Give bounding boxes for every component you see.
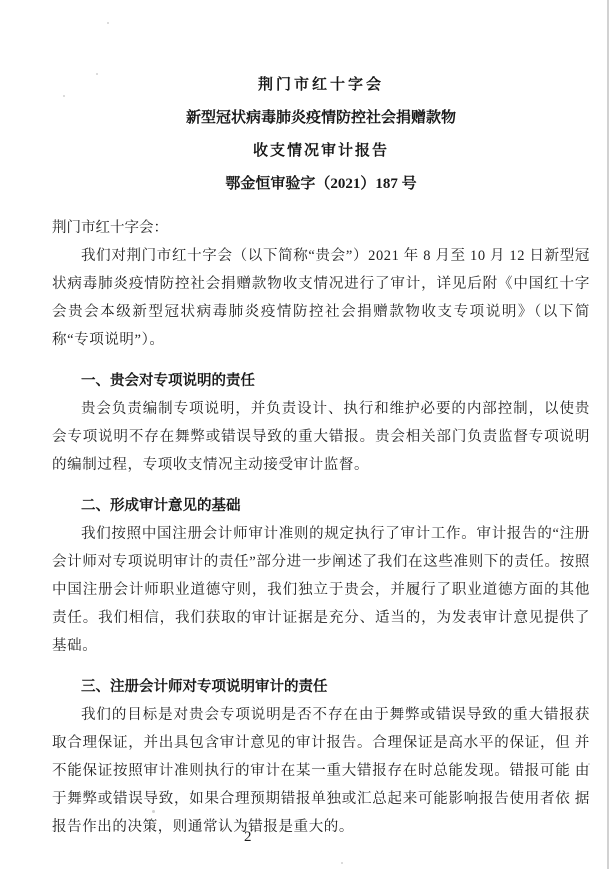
section-auditor-responsibility: 三、注册会计师对专项说明审计的责任 我们的目标是对贵会专项说明是否不存在由于舞弊… [52, 673, 590, 841]
document-page: 荆门市红十字会 新型冠状病毒肺炎疫情防控社会捐赠款物 收支情况审计报告 鄂金恒审… [0, 0, 613, 869]
intro-paragraph: 我们对荆门市红十字会（以下简称“贵会”）2021 年 8 月至 10 月 12 … [52, 242, 590, 354]
section-1-body: 贵会负责编制专项说明，并负责设计、执行和维护必要的内部控制，以使贵会专项说明不存… [52, 395, 590, 479]
report-subject-title: 新型冠状病毒肺炎疫情防控社会捐赠款物 [52, 102, 590, 135]
scan-speck [63, 95, 65, 97]
report-header: 荆门市红十字会 新型冠状病毒肺炎疫情防控社会捐赠款物 收支情况审计报告 鄂金恒审… [52, 69, 590, 201]
org-name-title: 荆门市红十字会 [52, 69, 590, 102]
section-responsibility-of-council: 一、贵会对专项说明的责任 贵会负责编制专项说明，并负责设计、执行和维护必要的内部… [52, 367, 590, 479]
scan-speck [107, 22, 109, 24]
section-2-heading: 二、形成审计意见的基础 [52, 492, 590, 520]
section-basis-of-opinion: 二、形成审计意见的基础 我们按照中国注册会计师审计准则的规定执行了审计工作。审计… [52, 492, 590, 660]
report-number: 鄂金恒审验字（2021）187 号 [52, 168, 590, 201]
salutation: 荆门市红十字会： [52, 214, 590, 242]
page-number: 2 [244, 827, 252, 847]
scan-speck [96, 73, 98, 75]
scan-speck [588, 763, 590, 765]
scan-speck [152, 810, 155, 813]
section-2-body: 我们按照中国注册会计师审计准则的规定执行了审计工作。审计报告的“注册会计师对专项… [52, 520, 590, 660]
scan-speck [341, 862, 343, 864]
section-3-body: 我们的目标是对贵会专项说明是否不存在由于舞弊或错误导致的重大错报获取合理保证，并… [52, 701, 590, 841]
section-3-heading: 三、注册会计师对专项说明审计的责任 [52, 673, 590, 701]
section-1-heading: 一、贵会对专项说明的责任 [52, 367, 590, 395]
scan-edge-line [607, 0, 609, 869]
report-type-title: 收支情况审计报告 [52, 135, 590, 168]
